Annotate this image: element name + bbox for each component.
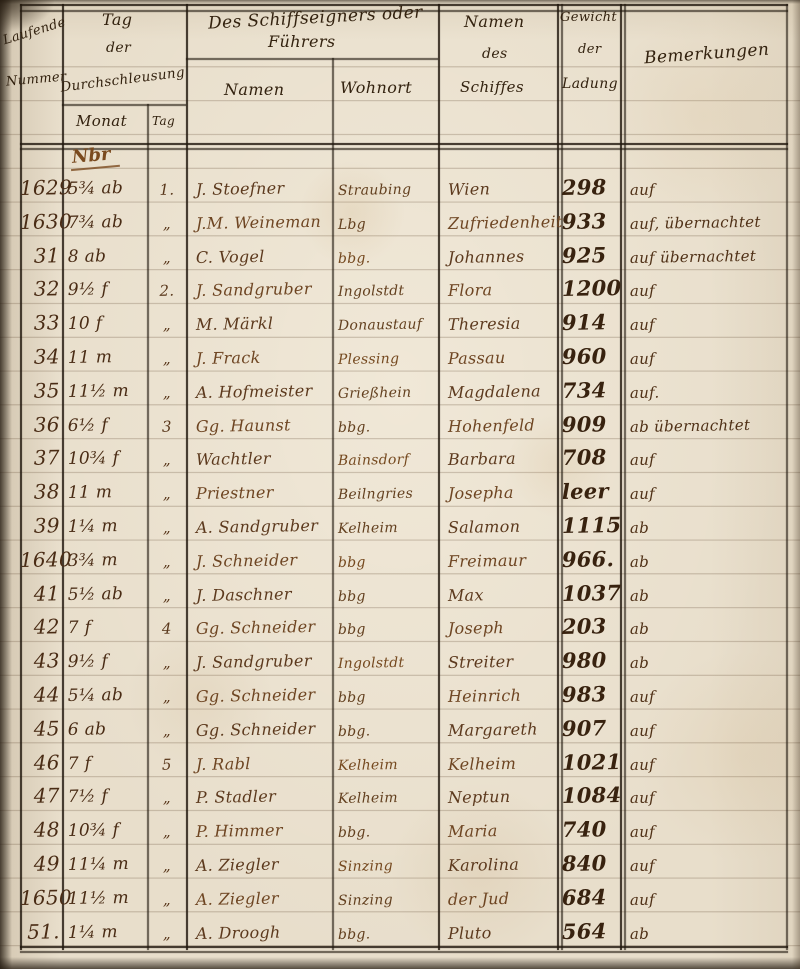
cell-eigner-name: Gg. Schneider xyxy=(196,687,316,705)
table-row: 51.1¼ m„A. Drooghbbg.Pluto564ab xyxy=(0,910,800,944)
header-ladung-line2: der xyxy=(578,42,601,57)
cell-wohnort: bbg. xyxy=(338,927,371,942)
cell-wohnort: Donaustauf xyxy=(338,318,423,333)
cell-wohnort: Grießhein xyxy=(338,386,412,401)
cell-uhrzeit: 9½ f xyxy=(68,282,108,300)
header-fuehrers: Führers xyxy=(268,32,336,51)
cell-tag: 2. xyxy=(150,284,184,300)
cell-schiffsname: der Jud xyxy=(448,891,510,908)
cell-laufende-nummer: 45 xyxy=(20,718,60,739)
cell-eigner-name: J. Rabl xyxy=(196,756,251,773)
cell-wohnort: Ingolstdt xyxy=(338,284,405,299)
cell-uhrzeit: 6 ab xyxy=(68,721,107,739)
cell-wohnort: bbg xyxy=(338,691,366,705)
table-row: 4911¼ m„A. ZieglerSinzingKarolina840auf xyxy=(0,842,800,876)
cell-wohnort: bbg. xyxy=(338,251,371,266)
cell-wohnort: bbg xyxy=(338,555,366,569)
cell-tag: „ xyxy=(150,216,184,232)
cell-bemerkung: auf xyxy=(630,757,655,772)
header-ladung-line1: Gewicht xyxy=(560,10,617,25)
table-row: 391¼ m„A. SandgruberKelheimSalamon1115ab xyxy=(0,504,800,538)
cell-eigner-name: P. Stadler xyxy=(196,789,276,806)
cell-schiffsname: Johannes xyxy=(448,248,525,265)
table-row: 318 ab„C. Vogelbbg.Johannes925auf überna… xyxy=(0,234,800,268)
cell-bemerkung: ab xyxy=(630,521,649,536)
cell-tag: „ xyxy=(150,588,184,604)
cell-laufende-nummer: 37 xyxy=(20,448,60,469)
cell-laufende-nummer: 38 xyxy=(20,481,60,502)
cell-eigner-name: Gg. Schneider xyxy=(196,619,316,637)
cell-bemerkung: auf xyxy=(630,690,655,705)
cell-laufende-nummer: 47 xyxy=(20,786,60,807)
cell-eigner-name: A. Sandgruber xyxy=(196,518,318,536)
cell-ladung: 840 xyxy=(562,852,607,874)
cell-ladung: 1037 xyxy=(562,582,622,604)
cell-ladung: 1021 xyxy=(562,751,622,773)
cell-schiffsname: Passau xyxy=(448,350,506,367)
cell-tag: „ xyxy=(150,487,184,503)
cell-uhrzeit: 5¼ ab xyxy=(68,687,124,705)
cell-tag: „ xyxy=(150,825,184,841)
cell-uhrzeit: 1¼ m xyxy=(68,518,118,536)
cell-eigner-name: J. Schneider xyxy=(196,552,298,570)
cell-bemerkung: ab xyxy=(630,926,649,941)
ledger-page: Laufende Nummer Tag der Durchschleusung … xyxy=(0,0,800,969)
cell-bemerkung: auf übernachtet xyxy=(630,248,757,265)
cell-ladung: 1115 xyxy=(562,514,622,536)
cell-laufende-nummer: 41 xyxy=(20,583,60,604)
cell-ladung: 925 xyxy=(562,244,607,266)
cell-uhrzeit: 11¼ m xyxy=(68,856,129,874)
cell-uhrzeit: 3¾ m xyxy=(68,552,118,570)
cell-uhrzeit: 7½ f xyxy=(68,789,108,807)
table-row: 3511½ m„A. HofmeisterGrießheinMagdalena7… xyxy=(0,369,800,403)
cell-laufende-nummer: 33 xyxy=(20,312,60,333)
cell-ladung: 298 xyxy=(562,176,607,198)
cell-laufende-nummer: 51. xyxy=(20,921,60,942)
table-row: 4810¾ f„P. Himmerbbg.Maria740auf xyxy=(0,808,800,842)
table-row: 16295¾ ab1.J. StoefnerStraubingWien298au… xyxy=(0,166,800,200)
header-tag-line1: Tag xyxy=(102,10,132,29)
header-monat: Monat xyxy=(76,112,127,130)
cell-laufende-nummer: 31 xyxy=(20,245,60,266)
cell-ladung: 708 xyxy=(562,447,607,469)
cell-uhrzeit: 7 f xyxy=(68,755,92,772)
cell-tag: „ xyxy=(150,858,184,874)
header-schiff-line2: des xyxy=(482,46,508,62)
cell-schiffsname: Josepha xyxy=(448,485,514,502)
cell-bemerkung: ab xyxy=(630,622,649,637)
cell-wohnort: bbg xyxy=(338,589,366,603)
header-ladung-line3: Ladung xyxy=(562,76,618,92)
grid-line-header-bottom-1 xyxy=(20,143,788,145)
cell-wohnort: bbg. xyxy=(338,724,371,739)
table-row: 329½ f2.J. SandgruberIngolstdtFlora1200a… xyxy=(0,267,800,301)
cell-ladung: 1084 xyxy=(562,784,622,806)
cell-ladung: leer xyxy=(562,480,609,502)
cell-tag: „ xyxy=(150,520,184,536)
cell-eigner-name: J. Frack xyxy=(196,350,261,367)
cell-bemerkung: auf xyxy=(630,487,655,502)
cell-eigner-name: J.M. Weineman xyxy=(196,214,321,232)
cell-laufende-nummer: 1630 xyxy=(20,211,60,232)
table-row: 456 ab„Gg. Schneiderbbg.Margareth907auf xyxy=(0,707,800,741)
cell-tag: 3 xyxy=(150,419,184,435)
cell-uhrzeit: 11 m xyxy=(68,349,113,367)
cell-eigner-name: J. Sandgruber xyxy=(196,653,312,671)
cell-eigner-name: A. Ziegler xyxy=(196,857,279,874)
table-row: 439½ f„J. SandgruberIngolstdtStreiter980… xyxy=(0,639,800,673)
cell-tag: „ xyxy=(150,723,184,739)
cell-wohnort: Bainsdorf xyxy=(338,453,410,468)
cell-laufende-nummer: 44 xyxy=(20,684,60,705)
cell-uhrzeit: 8 ab xyxy=(68,248,107,266)
cell-eigner-name: A. Ziegler xyxy=(196,890,279,907)
cell-uhrzeit: 10 f xyxy=(68,316,103,334)
cell-eigner-name: C. Vogel xyxy=(196,248,265,265)
cell-ladung: 740 xyxy=(562,818,607,840)
cell-wohnort: Plessing xyxy=(338,352,400,367)
cell-bemerkung: auf xyxy=(630,859,655,874)
cell-laufende-nummer: 36 xyxy=(20,414,60,435)
cell-schiffsname: Hohenfeld xyxy=(448,417,535,435)
cell-bemerkung: auf xyxy=(630,825,655,840)
cell-schiffsname: Flora xyxy=(448,283,493,300)
cell-ladung: 1200 xyxy=(562,277,622,299)
cell-tag: „ xyxy=(150,926,184,942)
cell-eigner-name: Wachtler xyxy=(196,451,271,468)
header-schiff-line1: Namen xyxy=(464,12,524,31)
table-row: 427 f4Gg. SchneiderbbgJoseph203ab xyxy=(0,605,800,639)
cell-schiffsname: Freimaur xyxy=(448,552,527,569)
cell-uhrzeit: 7¾ ab xyxy=(68,214,124,232)
cell-tag: „ xyxy=(150,250,184,266)
header-schiff-line3: Schiffes xyxy=(460,78,524,96)
header-tag-line2: der xyxy=(106,40,131,56)
cell-ladung: 966. xyxy=(562,548,615,570)
cell-bemerkung: auf xyxy=(630,183,655,198)
cell-bemerkung: auf xyxy=(630,723,655,738)
grid-line-tagcol-sub xyxy=(62,104,186,106)
cell-tag: „ xyxy=(150,453,184,469)
table-row: 165011½ m„A. ZieglerSinzingder Jud684auf xyxy=(0,876,800,910)
cell-schiffsname: Margareth xyxy=(448,721,538,739)
scan-corner-blotch xyxy=(0,0,54,32)
cell-eigner-name: P. Himmer xyxy=(196,823,283,841)
cell-laufende-nummer: 39 xyxy=(20,515,60,536)
cell-tag: „ xyxy=(150,385,184,401)
cell-schiffsname: Magdalena xyxy=(448,383,541,401)
cell-uhrzeit: 10¾ f xyxy=(68,822,120,840)
cell-eigner-name: M. Märkl xyxy=(196,316,274,333)
cell-ladung: 734 xyxy=(562,379,607,401)
cell-tag: „ xyxy=(150,656,184,672)
cell-tag: „ xyxy=(150,554,184,570)
table-row: 366½ f3Gg. Haunstbbg.Hohenfeld909ab über… xyxy=(0,403,800,437)
cell-schiffsname: Salamon xyxy=(448,519,521,536)
cell-ladung: 933 xyxy=(562,210,607,232)
table-row: 445¼ ab„Gg. SchneiderbbgHeinrich983auf xyxy=(0,673,800,707)
cell-schiffsname: Zufriedenheit xyxy=(448,214,563,232)
table-row: 16307¾ ab„J.M. WeinemanLbgZufriedenheit9… xyxy=(0,200,800,234)
cell-bemerkung: auf xyxy=(630,892,655,907)
cell-schiffsname: Max xyxy=(448,587,484,604)
cell-wohnort: Kelheim xyxy=(338,758,398,773)
cell-ladung: 909 xyxy=(562,413,607,435)
grid-line-bottom-1 xyxy=(20,946,788,948)
cell-wohnort: Beilngries xyxy=(338,487,413,502)
cell-bemerkung: ab xyxy=(630,554,649,569)
table-row: 477½ f„P. StadlerKelheimNeptun1084auf xyxy=(0,774,800,808)
table-row: 3811 m„PriestnerBeilngriesJosephaleerauf xyxy=(0,470,800,504)
cell-laufende-nummer: 49 xyxy=(20,853,60,874)
cell-wohnort: Ingolstdt xyxy=(338,656,405,671)
cell-wohnort: Lbg xyxy=(338,217,366,231)
cell-bemerkung: auf. xyxy=(630,385,660,401)
cell-ladung: 907 xyxy=(562,717,607,739)
cell-schiffsname: Pluto xyxy=(448,925,492,942)
cell-bemerkung: ab xyxy=(630,588,649,603)
cell-uhrzeit: 11½ m xyxy=(68,890,129,908)
cell-laufende-nummer: 43 xyxy=(20,650,60,671)
cell-uhrzeit: 11 m xyxy=(68,484,113,502)
cell-wohnort: bbg. xyxy=(338,826,371,841)
cell-uhrzeit: 11½ m xyxy=(68,383,129,401)
grid-line-eigner-sub xyxy=(186,58,438,60)
cell-wohnort: bbg xyxy=(338,623,366,637)
cell-eigner-name: J. Stoefner xyxy=(196,180,285,198)
cell-bemerkung: ab xyxy=(630,656,649,671)
cell-wohnort: bbg. xyxy=(338,420,371,435)
cell-ladung: 684 xyxy=(562,886,607,908)
cell-schiffsname: Streiter xyxy=(448,654,514,671)
cell-ladung: 203 xyxy=(562,616,607,638)
cell-laufende-nummer: 48 xyxy=(20,819,60,840)
cell-schiffsname: Karolina xyxy=(448,857,520,874)
cell-bemerkung: auf, übernachtet xyxy=(630,215,761,232)
cell-wohnort: Straubing xyxy=(338,183,412,198)
cell-bemerkung: ab übernachtet xyxy=(630,417,751,434)
cell-eigner-name: Gg. Schneider xyxy=(196,721,316,739)
table-row: 415½ ab„J. DaschnerbbgMax1037ab xyxy=(0,572,800,606)
cell-tag: 5 xyxy=(150,757,184,773)
cell-schiffsname: Neptun xyxy=(448,789,511,806)
cell-uhrzeit: 7 f xyxy=(68,620,92,637)
cell-uhrzeit: 9½ f xyxy=(68,653,108,671)
grid-line-header-bottom-2 xyxy=(20,148,788,150)
cell-laufende-nummer: 35 xyxy=(20,380,60,401)
cell-wohnort: Kelheim xyxy=(338,521,398,536)
grid-line-bottom-2 xyxy=(20,951,788,953)
table-row: 3411 m„J. FrackPlessingPassau960auf xyxy=(0,335,800,369)
cell-laufende-nummer: 1629 xyxy=(20,177,60,198)
cell-laufende-nummer: 1650 xyxy=(20,887,60,908)
cell-tag: 1. xyxy=(150,182,184,198)
cell-laufende-nummer: 34 xyxy=(20,346,60,367)
cell-wohnort: Sinzing xyxy=(338,893,393,908)
cell-bemerkung: auf xyxy=(630,284,655,299)
cell-bemerkung: auf xyxy=(630,453,655,468)
cell-schiffsname: Theresia xyxy=(448,316,521,333)
cell-schiffsname: Kelheim xyxy=(448,755,517,772)
cell-uhrzeit: 5½ ab xyxy=(68,586,124,604)
cell-tag: „ xyxy=(150,892,184,908)
cell-eigner-name: Gg. Haunst xyxy=(196,417,291,435)
cell-bemerkung: auf xyxy=(630,791,655,806)
cell-tag: „ xyxy=(150,689,184,705)
cell-laufende-nummer: 46 xyxy=(20,752,60,773)
cell-ladung: 914 xyxy=(562,311,607,333)
table-row: 3310 f„M. MärklDonaustaufTheresia914auf xyxy=(0,301,800,335)
cell-bemerkung: auf xyxy=(630,318,655,333)
cell-schiffsname: Joseph xyxy=(448,620,504,637)
cell-eigner-name: J. Sandgruber xyxy=(196,281,312,299)
cell-wohnort: Sinzing xyxy=(338,859,393,874)
cell-bemerkung: auf xyxy=(630,352,655,367)
cell-ladung: 980 xyxy=(562,649,607,671)
cell-eigner-name: Priestner xyxy=(196,485,274,502)
cell-tag: „ xyxy=(150,318,184,334)
cell-ladung: 564 xyxy=(562,920,607,942)
table-row: 3710¾ f„WachtlerBainsdorfBarbara708auf xyxy=(0,436,800,470)
cell-uhrzeit: 10¾ f xyxy=(68,450,120,468)
header-namen: Namen xyxy=(224,80,284,99)
cell-eigner-name: A. Hofmeister xyxy=(196,383,313,401)
header-wohnort: Wohnort xyxy=(340,78,412,97)
cell-wohnort: Kelheim xyxy=(338,791,398,806)
table-row: 467 f5J. RablKelheimKelheim1021auf xyxy=(0,741,800,775)
cell-tag: „ xyxy=(150,791,184,807)
cell-eigner-name: J. Daschner xyxy=(196,586,292,604)
cell-uhrzeit: 5¾ ab xyxy=(68,180,124,198)
cell-schiffsname: Maria xyxy=(448,823,498,840)
cell-laufende-nummer: 42 xyxy=(20,617,60,638)
cell-uhrzeit: 1¼ m xyxy=(68,924,118,942)
cell-schiffsname: Barbara xyxy=(448,451,516,468)
cell-laufende-nummer: 32 xyxy=(20,279,60,300)
cell-tag: 4 xyxy=(150,622,184,638)
cell-ladung: 960 xyxy=(562,345,607,367)
cell-eigner-name: A. Droogh xyxy=(196,924,281,941)
cell-schiffsname: Heinrich xyxy=(448,688,522,705)
cell-schiffsname: Wien xyxy=(448,181,491,198)
cell-laufende-nummer: 1640 xyxy=(20,549,60,570)
cell-ladung: 983 xyxy=(562,683,607,705)
cell-uhrzeit: 6½ f xyxy=(68,417,108,435)
header-tag-sub: Tag xyxy=(152,114,175,128)
table-row: 16403¾ m„J. SchneiderbbgFreimaur966.ab xyxy=(0,538,800,572)
cell-tag: „ xyxy=(150,351,184,367)
